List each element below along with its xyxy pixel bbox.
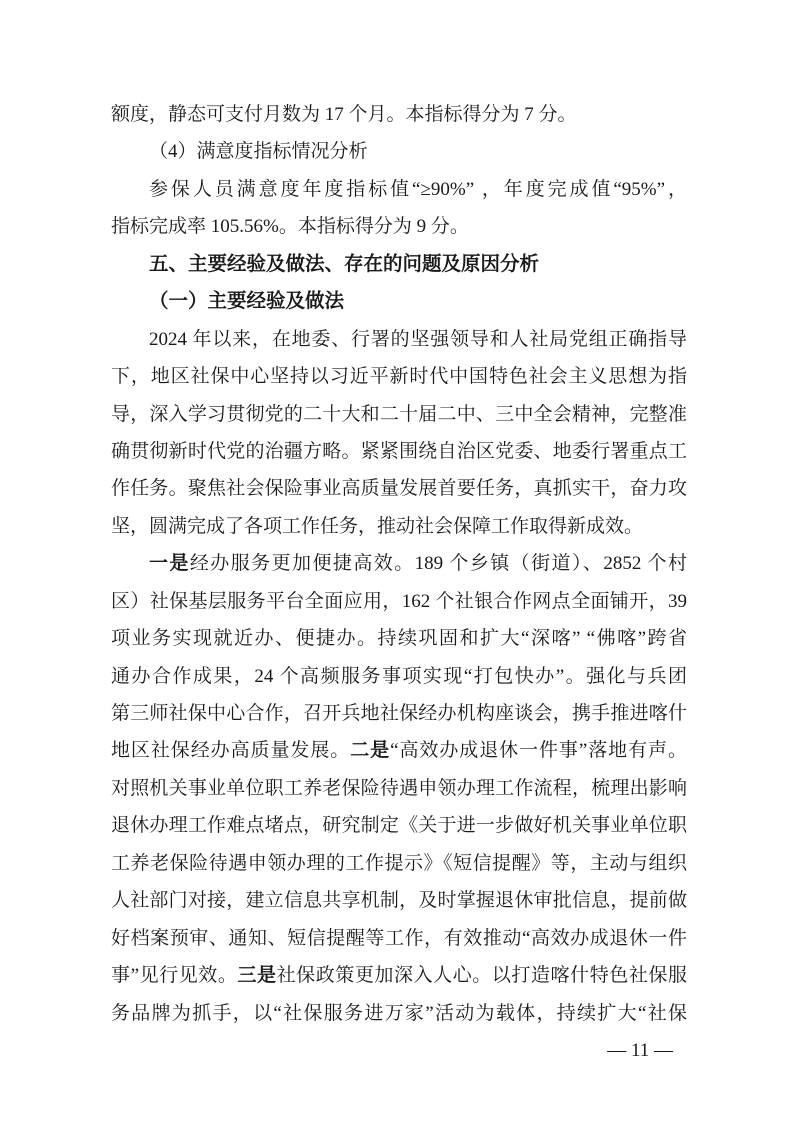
document-body: 额度，静态可支付月数为 17 个月。本指标得分为 7 分。（4）满意度指标情况分… — [111, 96, 687, 1032]
text-line: 通办合作成果，24 个高频服务事项实现“打包快办”。强化与兵团 — [111, 658, 687, 695]
body-text: 经办服务更加便捷高效。189 个乡镇（街道）、2852 个村（社 — [111, 553, 687, 582]
text-line: 一是经办服务更加便捷高效。189 个乡镇（街道）、2852 个村（社 — [111, 545, 687, 582]
text-line: 地区社保经办高质量发展。二是“高效办成退休一件事”落地有声。 — [111, 732, 687, 769]
body-text: 对照机关事业单位职工养老保险待遇申领办理工作流程，梳理出影响 — [111, 778, 687, 799]
text-line: 项业务实现就近办、便捷办。持续巩固和扩大“深喀” “佛喀”跨省 — [111, 620, 687, 657]
body-text: 地区社保经办高质量发展。 — [111, 740, 350, 761]
body-text: 事”见行见效。 — [111, 965, 237, 986]
page-number: — 11 — — [111, 1040, 673, 1062]
body-text: （4）满意度指标情况分析 — [149, 141, 368, 162]
text-line: 第三师社保中心合作，召开兵地社保经办机构座谈会，携手推进喀什 — [111, 695, 687, 732]
text-line: 参保人员满意度年度指标值“≥90%” ，年度完成值“95%”， — [111, 171, 687, 208]
body-text: 社保政策更加深入人心。以打造喀什特色社保服 — [277, 965, 687, 986]
text-line: 导，深入学习贯彻党的二十大和二十届二中、三中全会精神，完整准 — [111, 396, 687, 433]
text-line: 人社部门对接，建立信息共享机制，及时掌握退休审批信息，提前做 — [111, 882, 687, 919]
text-line: 对照机关事业单位职工养老保险待遇申领办理工作流程，梳理出影响 — [111, 770, 687, 807]
emphasis-text: 五、主要经验及做法、存在的问题及原因分析 — [149, 253, 539, 275]
body-text: 区）社保基层服务平台全面应用，162 个社银合作网点全面铺开，39 — [111, 591, 687, 612]
text-line: 2024 年以来，在地委、行署的坚强领导和人社局党组正确指导 — [111, 321, 687, 358]
body-text: 下，地区社保中心坚持以习近平新时代中国特色社会主义思想为指 — [111, 366, 687, 387]
body-text: 额度，静态可支付月数为 17 个月。本指标得分为 7 分。 — [111, 104, 577, 125]
body-text: 作任务。聚焦社会保险事业高质量发展首要任务，真抓实干，奋力攻 — [111, 478, 687, 499]
body-text: 通办合作成果，24 个高频服务事项实现“打包快办”。强化与兵团 — [111, 666, 687, 687]
text-line: 确贯彻新时代党的治疆方略。紧紧围绕自治区党委、地委行署重点工 — [111, 433, 687, 470]
emphasis-text: 二是 — [350, 740, 390, 761]
emphasis-text: 三是 — [237, 965, 276, 986]
body-text: 参保人员满意度年度指标值“≥90%” ，年度完成值“95%”， — [149, 179, 687, 200]
body-text: 务品牌为抓手，以“社保服务进万家”活动为载体，持续扩大“社保 — [111, 1003, 687, 1024]
heading-line: （一）主要经验及做法 — [111, 283, 687, 320]
body-text: 工养老保险待遇申领办理的工作提示》《短信提醒》等，主动与组织 — [111, 853, 687, 874]
text-line: 好档案预审、通知、短信提醒等工作，有效推动“高效办成退休一件 — [111, 920, 687, 957]
text-line: 工养老保险待遇申领办理的工作提示》《短信提醒》等，主动与组织 — [111, 845, 687, 882]
text-line: 作任务。聚焦社会保险事业高质量发展首要任务，真抓实干，奋力攻 — [111, 470, 687, 507]
text-line: 指标完成率 105.56%。本指标得分为 9 分。 — [111, 208, 687, 245]
body-text: 退休办理工作难点堵点，研究制定《关于进一步做好机关事业单位职 — [111, 815, 687, 836]
body-text: 坚，圆满完成了各项工作任务，推动社会保障工作取得新成效。 — [111, 516, 643, 537]
body-text: 项业务实现就近办、便捷办。持续巩固和扩大“深喀” “佛喀”跨省 — [111, 628, 687, 649]
text-line: 区）社保基层服务平台全面应用，162 个社银合作网点全面铺开，39 — [111, 583, 687, 620]
emphasis-text: 一是 — [149, 553, 190, 574]
body-text: 2024 年以来，在地委、行署的坚强领导和人社局党组正确指导 — [149, 329, 687, 350]
emphasis-text: （一）主要经验及做法 — [149, 291, 344, 312]
body-text: 人社部门对接，建立信息共享机制，及时掌握退休审批信息，提前做 — [111, 890, 687, 911]
text-line: 坚，圆满完成了各项工作任务，推动社会保障工作取得新成效。 — [111, 508, 687, 545]
body-text: 导，深入学习贯彻党的二十大和二十届二中、三中全会精神，完整准 — [111, 404, 687, 425]
body-text: 确贯彻新时代党的治疆方略。紧紧围绕自治区党委、地委行署重点工 — [111, 441, 687, 462]
heading-line: 五、主要经验及做法、存在的问题及原因分析 — [111, 246, 687, 283]
body-text: 第三师社保中心合作，召开兵地社保经办机构座谈会，携手推进喀什 — [111, 703, 687, 724]
body-text: 好档案预审、通知、短信提醒等工作，有效推动“高效办成退休一件 — [111, 928, 687, 949]
text-line: 事”见行见效。三是社保政策更加深入人心。以打造喀什特色社保服 — [111, 957, 687, 994]
body-text: “高效办成退休一件事”落地有声。 — [390, 740, 687, 761]
text-line: 额度，静态可支付月数为 17 个月。本指标得分为 7 分。 — [111, 96, 687, 133]
text-line: 下，地区社保中心坚持以习近平新时代中国特色社会主义思想为指 — [111, 358, 687, 395]
text-line: 务品牌为抓手，以“社保服务进万家”活动为载体，持续扩大“社保 — [111, 995, 687, 1032]
text-line: 退休办理工作难点堵点，研究制定《关于进一步做好机关事业单位职 — [111, 807, 687, 844]
body-text: 指标完成率 105.56%。本指标得分为 9 分。 — [111, 216, 469, 237]
document-page: 额度，静态可支付月数为 17 个月。本指标得分为 7 分。（4）满意度指标情况分… — [0, 0, 793, 1122]
text-line: （4）满意度指标情况分析 — [111, 133, 687, 170]
